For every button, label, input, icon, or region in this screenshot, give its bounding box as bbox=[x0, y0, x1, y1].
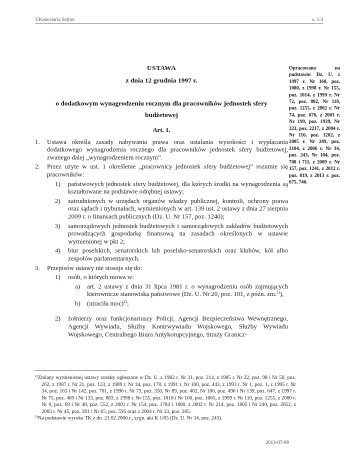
paragraph-text: Przepisów ustawy nie stosuje się do: bbox=[47, 264, 142, 272]
subitem-text-tail: ; bbox=[127, 299, 129, 307]
paragraph-1: 1.Ustawa określa zasady nabywania prawa … bbox=[35, 138, 288, 161]
item-text: zatrudnionych w urzędach organów władzy … bbox=[68, 197, 288, 220]
item-number: 2) bbox=[55, 315, 68, 323]
footnote-text: Na podstawie wyroku TK z dn. 21.02.2006 … bbox=[38, 416, 222, 422]
subitem-text: art. 2 ustawy z dnia 31 lipca 1981 r. o … bbox=[87, 282, 288, 297]
footnote-2: 2)Na podstawie wyroku TK z dn. 21.02.200… bbox=[35, 415, 296, 422]
item-text: samorządowych jednostek budżetowych i sa… bbox=[68, 222, 288, 245]
item-number: 1) bbox=[55, 180, 68, 188]
footnote-1: 1)Zmiany wymienionej ustawy zostały ogło… bbox=[35, 375, 296, 416]
subitem-letter: b) bbox=[75, 299, 87, 307]
paragraph-2: 2.Przez użyte w ust. 1 określenie „praco… bbox=[35, 163, 288, 179]
law-subject-title: o dodatkowym wynagrodzeniu rocznym dla p… bbox=[52, 98, 272, 121]
paragraph-number: 3. bbox=[35, 264, 47, 272]
item-number: 2) bbox=[55, 197, 68, 205]
document-date-stamp: 2013-07-09 bbox=[35, 440, 289, 446]
paragraph-number: 2. bbox=[35, 163, 47, 171]
law-date-line: z dnia 12 grudnia 1997 r. bbox=[35, 77, 288, 85]
article-heading: Art. 1. bbox=[35, 126, 288, 134]
paragraph-3: 3.Przepisów ustawy nie stosuje się do: bbox=[35, 264, 288, 272]
subitem-text: (utraciła moc) bbox=[87, 299, 124, 307]
list-item-1: 1)państwowych jednostek sfery budżetowej… bbox=[35, 180, 288, 196]
sub-item-a: a)art. 2 ustawy z dnia 31 lipca 1981 r. … bbox=[35, 282, 288, 298]
subitem-text-tail: ), bbox=[280, 290, 284, 298]
list-item-4: 4)biur poselskich, senatorskich lub pose… bbox=[35, 247, 288, 263]
law-type-title: USTAWA bbox=[35, 64, 288, 72]
item-number: 3) bbox=[55, 222, 68, 230]
sub-item-b: b)(utraciła moc)2); bbox=[35, 299, 288, 307]
law-body: Art. 1. 1.Ustawa określa zasady nabywani… bbox=[35, 126, 288, 340]
footnotes-section: 1)Zmiany wymienionej ustawy zostały ogło… bbox=[35, 370, 296, 422]
list-item-3: 3)samorządowych jednostek budżetowych i … bbox=[35, 222, 288, 245]
subitem-letter: a) bbox=[75, 282, 87, 290]
document-page-viewport: ©Kancelaria Sejmu s. 1/4 USTAWA z dnia 1… bbox=[0, 0, 360, 466]
paragraph-text: Ustawa określa zasady nabywania prawa or… bbox=[47, 138, 288, 161]
item-text: żołnierzy oraz funkcjonariuszy Policji, … bbox=[68, 315, 288, 338]
page-number-indicator: s. 1/4 bbox=[312, 17, 323, 23]
footnote-text: Zmiany wymienionej ustawy zostały ogłosz… bbox=[38, 375, 296, 414]
list-item-p3-1: 1)osób, o których mowa w: bbox=[35, 273, 288, 281]
page-header: ©Kancelaria Sejmu s. 1/4 bbox=[35, 17, 323, 24]
item-text: biur poselskich, senatorskich lub posels… bbox=[68, 247, 288, 262]
list-item-2: 2)zatrudnionych w urzędach organów władz… bbox=[35, 197, 288, 220]
footnote-separator-rule bbox=[35, 370, 127, 371]
item-number: 4) bbox=[55, 247, 68, 255]
item-text: państwowych jednostek sfery budżetowej, … bbox=[68, 180, 288, 195]
publication-margin-note: Opracowano na podstawie: Dz. U. z 1997 r… bbox=[289, 65, 340, 186]
list-item-p3-2: 2)żołnierzy oraz funkcjonariuszy Policji… bbox=[35, 315, 288, 338]
law-document-page: ©Kancelaria Sejmu s. 1/4 USTAWA z dnia 1… bbox=[0, 0, 360, 466]
publisher-label: ©Kancelaria Sejmu bbox=[35, 17, 74, 23]
item-text: osób, o których mowa w: bbox=[68, 273, 134, 281]
title-block: USTAWA z dnia 12 grudnia 1997 r. o dodat… bbox=[35, 64, 288, 121]
paragraph-text: Przez użyte w ust. 1 określenie „pracown… bbox=[47, 163, 288, 178]
item-number: 1) bbox=[55, 273, 68, 281]
paragraph-number: 1. bbox=[35, 138, 47, 146]
